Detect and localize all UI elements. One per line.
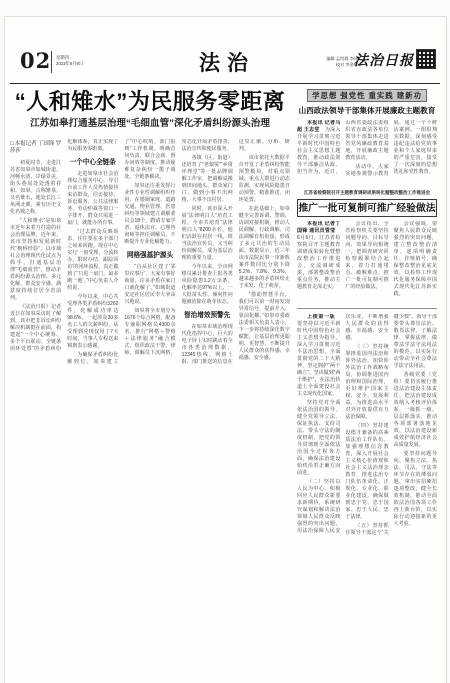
shanxi-body: 本报讯 记者马超 王志堂 为深入开展学习贯彻习近平新时代中国特色社会主义思想主题… bbox=[297, 120, 437, 182]
body-paragraph: “借助智慧平台，我们可以第一时间发现异常信号，提前介入、靠前化解。”如皋市委政法… bbox=[239, 292, 290, 362]
lead-in-label: 本报讯 记者丁国锋 通讯员管莹 bbox=[297, 221, 340, 234]
body-paragraph: 走进如皋市社会治理综合服务中心，导引台前工作人员热情接待来访群众，信访接待、诉讼… bbox=[67, 171, 118, 227]
body-paragraph: （四）坚持建设德才兼备的高素质法治工作队伍。加强理想信念教育，深入开展社会主义核… bbox=[345, 423, 388, 521]
continuation-body: 上接第一版 要坚持以习近平新时代中国特色社会主义思想为指导，深入学习贯彻习近平法… bbox=[297, 314, 437, 662]
header-rule bbox=[10, 83, 440, 84]
body-subhead: 网格强基护源头 bbox=[124, 251, 175, 260]
body-paragraph: 上接第一版 要坚持以习近平新时代中国特色社会主义思想为指导，深入学习贯彻习近平法… bbox=[297, 314, 340, 398]
body-paragraph: 初夏时节，走进江苏省如皋市如城街道，河畅水清、岸绿景美，街头巷尾处处透着祥和。如… bbox=[10, 160, 61, 216]
lead-headline: “人和雉水”为民服务零距离 bbox=[10, 89, 290, 114]
body-paragraph: 会议指出，全省检察机关要坚持问题导向、目标导向、效果导向相统一，把调查研究同检察… bbox=[345, 221, 388, 291]
body-paragraph: 坚持党对全面依法治国的领导，健全党领导立法、保证执法、支持司法、带头守法的制度机… bbox=[297, 400, 340, 477]
body-subhead: 智治增效预警先 bbox=[182, 311, 233, 320]
body-paragraph: 本报讯 记者丁国锋 通讯员管莹 6月6日，江苏省检察院召开主题教育调研成果转化暨… bbox=[297, 221, 340, 291]
body-paragraph: 如皋还注重发挥行业性专业性调解组织作用，在婚姻家庭、道路交通、物业管理、医患纠纷… bbox=[124, 183, 175, 246]
page-header: 02 星期四 2023年6月8日 法治 编辑 孟绍群 李冰 校对 李金红 法治日… bbox=[18, 44, 436, 82]
body-paragraph: 要坚持问题导向，聚焦立法、执法、司法、守法等环节存在的薄弱问题，拿出实招硬招逐项… bbox=[394, 451, 437, 528]
body-paragraph: （三）坚持统筹推进国内法治和涉外法治。加快涉外法治工作战略布局，协调推进国内治理… bbox=[345, 344, 388, 421]
body-paragraph: 该市依托大数据平台开发了矛盾纠纷智能预警模块，对重点领域、重点人群进行动态监测，… bbox=[239, 155, 290, 204]
body-paragraph: “人和雉水”是如皋市近年来着力打造的社会治理品牌。近年来，该市坚持和发展新时代“… bbox=[10, 218, 61, 302]
qr-code-icon bbox=[416, 49, 436, 69]
body-paragraph: 今年以来，中心共受理各类矛盾纠纷3260件，化解成功率达98.6%。一起涉及30… bbox=[67, 294, 118, 350]
lead-body: □ 本报记者 丁国锋 罗莎莎初夏时节，走进江苏省如皋市如城街道，河畅水清、岸绿景… bbox=[10, 139, 290, 659]
body-paragraph: 会议强调，要聚焦人民群众反映强烈的突出问题，建立整改整治清单，逐项明确责任、挂账… bbox=[394, 221, 437, 298]
shanxi-kicker-banner: 学思想 强党性 重实践 建新功 bbox=[307, 89, 427, 102]
shanxi-headline: 山西政法领导干部集体开展廉政主题教育 bbox=[297, 106, 437, 116]
body-paragraph: 各镇（区、街道）还培育了“老娘舅”“乡贤评理堂”等一批品牌调解工作室，把调解桌搬… bbox=[182, 155, 233, 204]
lead-subtitle: 江苏如皋打通基层治理“毛细血管”深化矛盾纠纷源头治理 bbox=[10, 118, 290, 130]
body-paragraph: “过去群众反映诉求，往往要在多个部门之间来回跑。现在中心实行‘一窗受理、分流转办… bbox=[67, 229, 118, 292]
jiangsu-body: 本报讯 记者丁国锋 通讯员管莹 6月6日，江苏省检察院召开主题教育调研成果转化暨… bbox=[297, 221, 437, 303]
newspaper-page: 02 星期四 2023年6月8日 法治 编辑 孟绍群 李冰 校对 李金红 法治日… bbox=[0, 0, 450, 683]
body-paragraph: 在此基础上，如皋健全完善诉调、警调、访调对接机制，推动人民调解、行政调解、司法调… bbox=[239, 206, 290, 290]
jiangsu-headline: 推广一批可复制可推广经验做法 bbox=[297, 199, 437, 217]
masthead-logo: 法治日报 bbox=[354, 50, 414, 70]
lead-story: “人和雉水”为民服务零距离 江苏如皋打通基层治理“毛细血管”深化矛盾纠纷源头治理… bbox=[10, 89, 290, 659]
jiangsu-kicker: 江苏省检察院召开主题教育调研成果转化暨整改整治工作推进会 bbox=[297, 190, 437, 196]
right-rail: 学思想 强党性 重实践 建新功 山西政法领导干部集体开展廉政主题教育 本报讯 记… bbox=[297, 89, 437, 662]
body-paragraph: 同时，该市深入开展“法律明白人”培育工程，全市共培育“法律明白人”8200余名，… bbox=[182, 206, 233, 262]
body-paragraph: 各级党委（党组）要切实履行推进法治建设主体责任，把法治建设成效纳入考核评价体系，… bbox=[394, 372, 437, 449]
lead-in-label: 本报讯 记者马超 王志堂 bbox=[297, 120, 340, 133]
rail-divider-rule bbox=[297, 308, 437, 309]
body-paragraph: 今年以来，全市网格员累计排查上报各类风险隐患1.2万余条，化解率达97%以上，一… bbox=[182, 264, 233, 306]
body-subhead: 一个中心全链条 bbox=[67, 158, 118, 167]
byline: □ 本报记者 丁国锋 罗莎莎 bbox=[10, 141, 61, 155]
lead-in-label: 上接第一版 bbox=[307, 314, 335, 320]
body-paragraph: “自从社区建了‘邻里议事厅’，大家有事好商量，许多矛盾在家门口就化解了。”如城街… bbox=[124, 264, 175, 306]
